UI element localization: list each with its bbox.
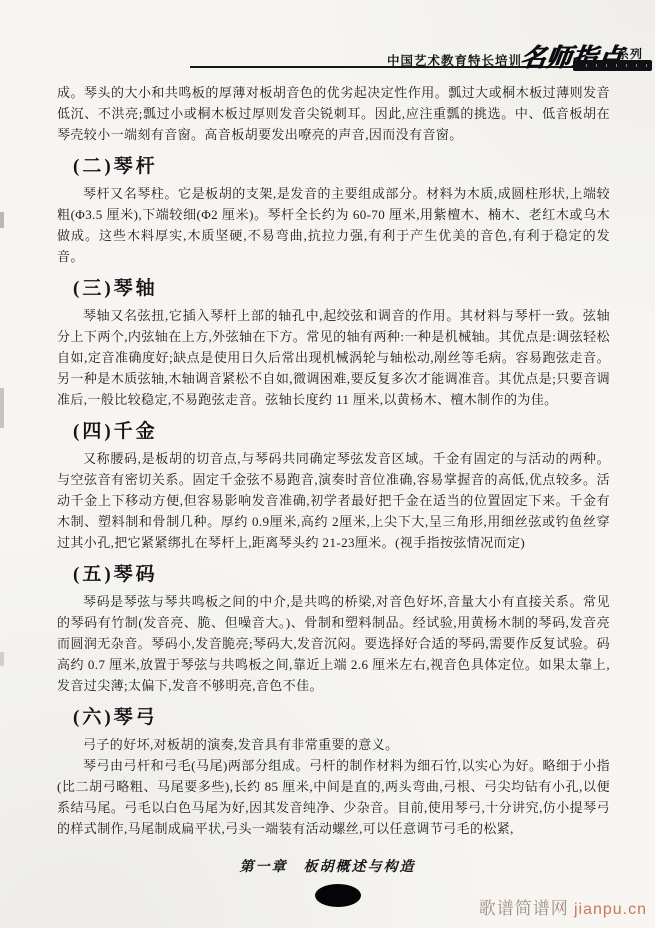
section-heading-bridge: (五)琴码 (73, 562, 610, 587)
page-body: 成。琴头的大小和共鸣板的厚薄对板胡音色的优劣起决定性作用。瓢过大或桐木板过薄则发… (57, 82, 610, 839)
watermark-site-url: jianpu.cn (574, 901, 647, 918)
watermark-site-name: 歌谱简谱网 (479, 899, 569, 918)
page-number-oval (315, 884, 361, 907)
section-neck-paragraph: 琴杆又名琴柱。它是板胡的支架,是发音的主要组成部分。材料为木质,成圆柱形状,上端… (57, 183, 610, 267)
book-page: 中国艺术教育特长培训 名师指点 系列 成。琴头的大小和共鸣板的厚薄对板胡音色的优… (0, 0, 655, 928)
watermark: 歌谱简谱网 jianpu.cn (479, 894, 647, 919)
section-heading-qianjin: (四)千金 (73, 419, 610, 444)
footer-chapter-title: 第一章 板胡概述与构造 (0, 856, 655, 876)
header-black-bar (573, 60, 652, 71)
section-bridge-paragraph: 琴码是琴弦与琴共鸣板之间的中介,是共鸣的桥梁,对音色好坏,音量大小有直接关系。常… (57, 591, 610, 696)
header-series-label: 中国艺术教育特长培训 (332, 51, 522, 69)
section-tuning-pegs-paragraph: 琴轴又名弦扭,它插入琴杆上部的轴孔中,起绞弦和调音的作用。其材料与琴杆一致。弦轴… (57, 305, 610, 410)
scan-smudge (0, 652, 4, 666)
section-heading-tuning-pegs: (三)琴轴 (73, 276, 610, 301)
section-bow-paragraph-2: 琴弓由弓杆和弓毛(马尾)两部分组成。弓杆的制作材料为细石竹,以实心为好。略细于小… (57, 755, 610, 839)
section-heading-bow: (六)琴弓 (73, 705, 610, 730)
intro-continuation-paragraph: 成。琴头的大小和共鸣板的厚薄对板胡音色的优劣起决定性作用。瓢过大或桐木板过薄则发… (57, 82, 610, 145)
section-heading-neck: (二)琴杆 (73, 154, 610, 179)
scan-smudge (0, 212, 4, 228)
section-bow-paragraph-1: 弓子的好坏,对板胡的演奏,发音具有非常重要的意义。 (57, 734, 610, 755)
section-qianjin-paragraph: 又称腰码,是板胡的切音点,与琴码共同确定琴弦发音区域。千金有固定的与活动的两种。… (57, 448, 610, 553)
scan-smudge (0, 388, 4, 428)
